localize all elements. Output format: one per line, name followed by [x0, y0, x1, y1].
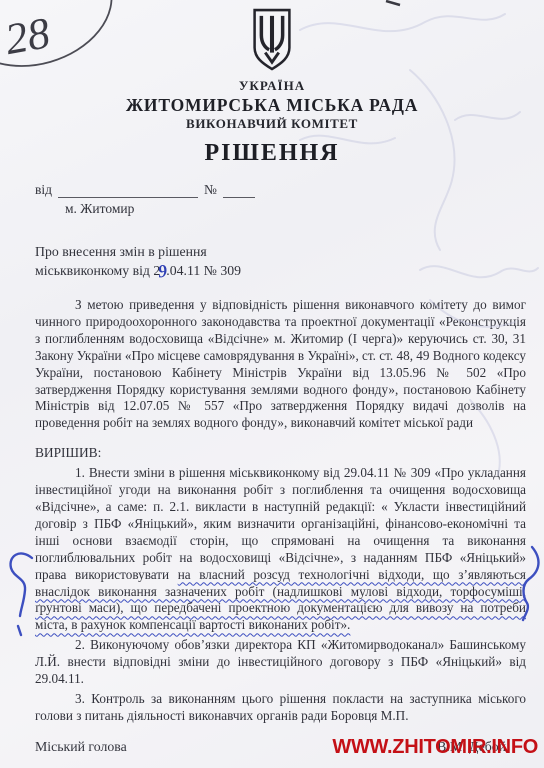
decision-item-3: 3. Контроль за виконанням цього рішення … [35, 691, 526, 725]
subject-line-1: Про внесення змін в рішення [35, 242, 297, 261]
handwritten-date-digit: 9 [158, 265, 168, 276]
date-label: від [35, 182, 52, 198]
decision-item-1: 1. Внести зміни в рішення міськвиконкому… [35, 465, 526, 634]
subject-line-2: міськвиконкому від 29.04.11 № 309 [35, 261, 297, 280]
number-blank-line [223, 183, 255, 198]
ukraine-trident-emblem [243, 7, 301, 75]
date-blank-line [58, 183, 198, 198]
preamble-paragraph: З метою приведення у відповідність рішен… [35, 297, 526, 432]
place-name: м. Житомир [65, 201, 544, 217]
signature-title: Міський голова [35, 739, 127, 755]
resolved-heading: ВИРІШИВ: [35, 445, 526, 462]
subject-text-after: .04.11 № 309 [166, 263, 241, 278]
subject-block: Про внесення змін в рішення міськвиконко… [35, 242, 297, 280]
item1-text: 1. Внести зміни в рішення міськвиконкому… [35, 465, 526, 581]
committee-name: ВИКОНАВЧИЙ КОМІТЕТ [0, 116, 544, 132]
council-name: ЖИТОМИРСЬКА МІСЬКА РАДА [0, 95, 544, 116]
country-name: УКРАЇНА [0, 78, 544, 94]
subject-text-before: міськвиконкому від 2 [35, 263, 160, 278]
requisites-block: від № м. Житомир [35, 182, 544, 217]
site-watermark: WWW.ZHITOMIR.INFO [332, 736, 538, 759]
decision-item-2: 2. Виконуючому обов’язки директора КП «Ж… [35, 637, 526, 688]
document-scan: 28 УКРАЇНА ЖИТОМИРСЬКА МІСЬКА РАДА ВИКОН… [0, 0, 544, 768]
document-header: УКРАЇНА ЖИТОМИРСЬКА МІСЬКА РАДА ВИКОНАВЧ… [0, 0, 544, 167]
document-type-title: РІШЕННЯ [0, 140, 544, 167]
number-label: № [204, 182, 217, 198]
